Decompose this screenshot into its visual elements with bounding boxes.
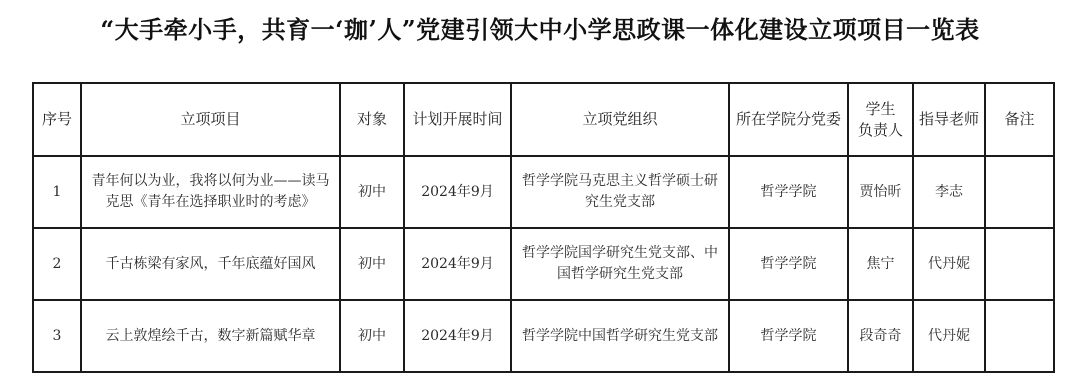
document-title: “大手牵小手，共育一‘珈’人”党建引领大中小学思政课一体化建设立项项目一览表 [0,10,1080,50]
cell-index: 3 [33,300,81,372]
table-row: 2 千古栋梁有家风，千年底蕴好国风 初中 2024年9月 哲学学院国学研究生党支… [33,228,1054,300]
header-planned-time: 计划开展时间 [404,83,511,156]
cell-remarks [985,156,1054,228]
header-remarks: 备注 [985,83,1054,156]
cell-party-org: 哲学学院马克思主义哲学硕士研究生党支部 [511,156,729,228]
cell-college-committee: 哲学学院 [729,228,848,300]
header-project: 立项项目 [81,83,340,156]
cell-audience: 初中 [340,156,404,228]
cell-student-lead: 贾怡昕 [848,156,913,228]
cell-project: 千古栋梁有家风，千年底蕴好国风 [81,228,340,300]
header-student-lead: 学生 负责人 [848,83,913,156]
header-index: 序号 [33,83,81,156]
cell-index: 2 [33,228,81,300]
cell-party-org: 哲学学院国学研究生党支部、中国哲学研究生党支部 [511,228,729,300]
cell-audience: 初中 [340,300,404,372]
cell-advisor: 李志 [913,156,985,228]
cell-advisor: 代丹妮 [913,300,985,372]
cell-advisor: 代丹妮 [913,228,985,300]
table-row: 3 云上敦煌绘千古，数字新篇赋华章 初中 2024年9月 哲学学院中国哲学研究生… [33,300,1054,372]
cell-college-committee: 哲学学院 [729,300,848,372]
projects-table: 序号 立项项目 对象 计划开展时间 立项党组织 所在学院分党委 学生 负责人 指… [32,82,1055,373]
cell-student-lead: 段奇奇 [848,300,913,372]
cell-planned-time: 2024年9月 [404,156,511,228]
header-advisor: 指导老师 [913,83,985,156]
header-college-committee: 所在学院分党委 [729,83,848,156]
header-party-org: 立项党组织 [511,83,729,156]
cell-project: 青年何以为业，我将以何为业——读马克思《青年在选择职业时的考虑》 [81,156,340,228]
cell-party-org: 哲学学院中国哲学研究生党支部 [511,300,729,372]
table-header-row: 序号 立项项目 对象 计划开展时间 立项党组织 所在学院分党委 学生 负责人 指… [33,83,1054,156]
cell-remarks [985,300,1054,372]
cell-remarks [985,228,1054,300]
cell-college-committee: 哲学学院 [729,156,848,228]
cell-audience: 初中 [340,228,404,300]
cell-student-lead: 焦宁 [848,228,913,300]
header-audience: 对象 [340,83,404,156]
cell-planned-time: 2024年9月 [404,228,511,300]
cell-project: 云上敦煌绘千古，数字新篇赋华章 [81,300,340,372]
cell-index: 1 [33,156,81,228]
cell-planned-time: 2024年9月 [404,300,511,372]
table-row: 1 青年何以为业，我将以何为业——读马克思《青年在选择职业时的考虑》 初中 20… [33,156,1054,228]
